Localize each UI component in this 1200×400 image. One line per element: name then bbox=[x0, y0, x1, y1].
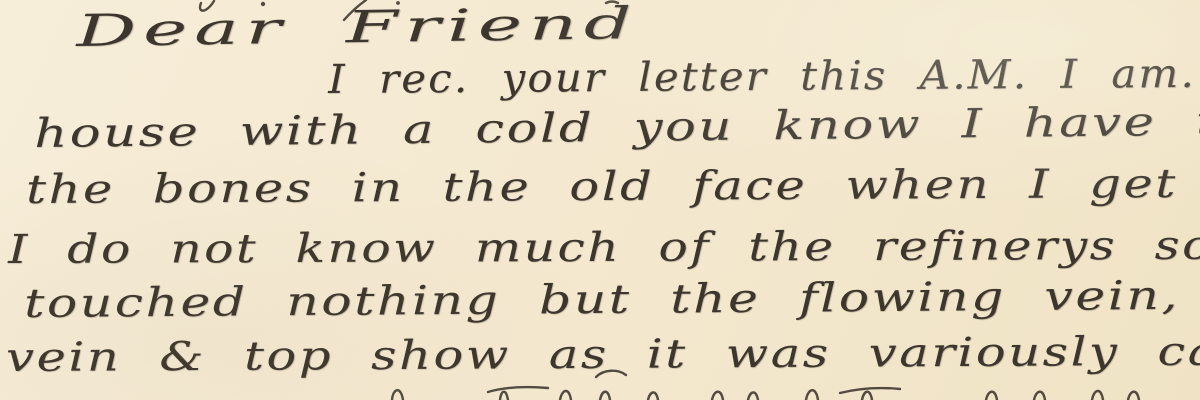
handwriting-line: touched nothing but the flowing vein, bi… bbox=[24, 274, 1200, 324]
handwriting-line: vein & top show as it was variously call… bbox=[6, 330, 1200, 378]
handwriting-line: the bones in the old face when I get a c… bbox=[26, 163, 1200, 210]
handwriting-line: I rec. your letter this A.M. I am. in th… bbox=[328, 53, 1200, 100]
letter-page: Dear Friend I rec. your letter this A.M.… bbox=[0, 0, 1200, 400]
salutation: Dear Friend bbox=[76, 2, 639, 54]
handwriting-line: house with a cold you know I have troubl… bbox=[34, 98, 1200, 154]
handwriting-line: I do not know much of the refinerys so f… bbox=[8, 225, 1200, 270]
